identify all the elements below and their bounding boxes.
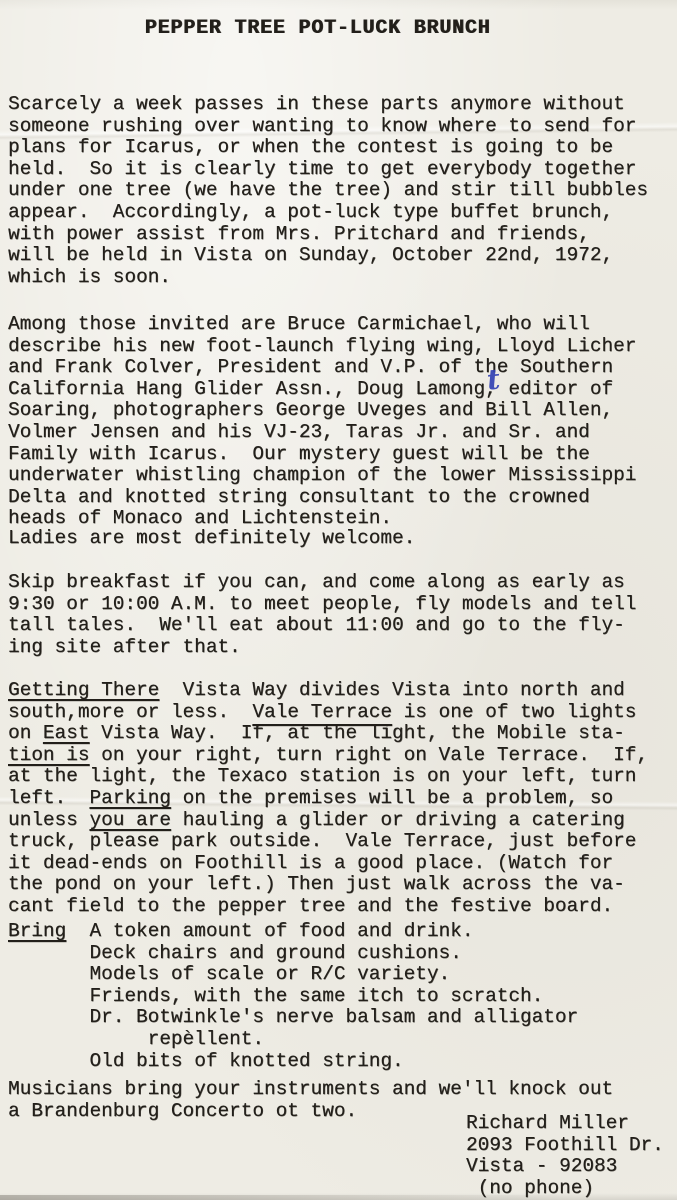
signature-block: Richard Miller 2093 Foothill Dr. Vista -…: [466, 1113, 664, 1199]
paragraph-schedule: Skip breakfast if you can, and come alon…: [8, 572, 636, 658]
scanned-letter-page: PEPPER TREE POT-LUCK BRUNCH Scarcely a w…: [0, 0, 677, 1200]
paragraph-getting-there: Getting There Vista Way divides Vista in…: [8, 680, 648, 918]
paragraph-ladies-welcome: Ladies are most definitely welcome.: [8, 528, 415, 550]
paragraph-invited-guests: Among those invited are Bruce Carmichael…: [8, 314, 636, 530]
page-title: PEPPER TREE POT-LUCK BRUNCH: [0, 17, 677, 41]
paragraph-opening: Scarcely a week passes in these parts an…: [8, 94, 648, 288]
bring-list: Bring A token amount of food and drink. …: [8, 921, 578, 1072]
